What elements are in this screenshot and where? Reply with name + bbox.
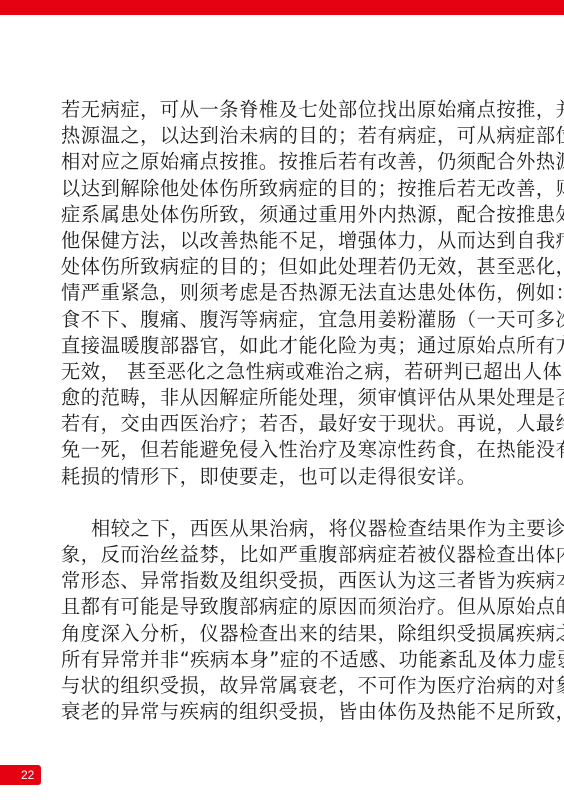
text-line: 相较之下，西医从果治病，将仪器检查结果作为主要诊疗对 bbox=[61, 516, 511, 542]
text-line: 与状的组织受损，故异常属衰老，不可作为医疗治病的对象；又 bbox=[61, 673, 511, 699]
text-line: 象，反而治丝益棼，比如严重腹部病症若被仪器检查出体内有异 bbox=[61, 542, 511, 568]
top-red-bar bbox=[0, 0, 564, 15]
text-line: 无效， 甚至恶化之急性病或难治之病，若研判已超出人体自我疗 bbox=[61, 359, 511, 385]
text-line: 角度深入分析，仪器检查出来的结果，除组织受损属疾病之外， bbox=[61, 621, 511, 647]
text-line: 情严重紧急，则须考虑是否热源无法直达患处体伤，例如：高烧、 bbox=[61, 280, 511, 306]
text-line: 若有，交由西医治疗；若否，最好安于现状。再说，人最终都不 bbox=[61, 411, 511, 437]
text-line: 食不下、腹痛、腹泻等病症，宜急用姜粉灌肠（一天可多次）， bbox=[61, 307, 511, 333]
text-line: 愈的范畴，非从因解症所能处理，须审慎评估从果处理是否有效。 bbox=[61, 385, 511, 411]
paragraph-2: 相较之下，西医从果治病，将仪器检查结果作为主要诊疗对 象，反而治丝益棼，比如严重… bbox=[61, 516, 511, 726]
page-number: 22 bbox=[21, 765, 34, 785]
text-line: 他保健方法，以改善热能不足，增强体力，从而达到自我疗愈患 bbox=[61, 228, 511, 254]
page-body: 若无病症，可从一条脊椎及七处部位找出原始痛点按推，并用外 热源温之，以达到治未病… bbox=[61, 97, 511, 725]
text-line: 所有异常并非“疾病本身”症的不适感、功能紊乱及体力虚弱， bbox=[61, 647, 511, 673]
text-line: 症系属患处体伤所致，须通过重用外内热源，配合按推患处及其 bbox=[61, 202, 511, 228]
text-line: 若无病症，可从一条脊椎及七处部位找出原始痛点按推，并用外 bbox=[61, 97, 511, 123]
text-line: 且都有可能是导致腹部病症的原因而须治疗。但从原始点的诊断 bbox=[61, 594, 511, 620]
paragraph-spacer bbox=[61, 490, 511, 516]
paragraph-1: 若无病症，可从一条脊椎及七处部位找出原始痛点按推，并用外 热源温之，以达到治未病… bbox=[61, 97, 511, 490]
text-line: 处体伤所致病症的目的；但如此处理若仍无效，甚至恶化，且病 bbox=[61, 254, 511, 280]
text-line: 常形态、异常指数及组织受损，西医认为这三者皆为疾病本身， bbox=[61, 568, 511, 594]
text-line: 耗损的情形下，即使要走，也可以走得很安详。 bbox=[61, 464, 511, 490]
text-line: 相对应之原始痛点按推。按推后若有改善，仍须配合外热源温之， bbox=[61, 149, 511, 175]
text-line: 热源温之，以达到治未病的目的；若有病症，可从病症部位找出 bbox=[61, 123, 511, 149]
text-line: 衰老的异常与疾病的组织受损，皆由体伤及热能不足所致，所以 bbox=[61, 699, 511, 725]
page-number-tab: 22 bbox=[0, 765, 41, 785]
text-line: 直接温暖腹部器官，如此才能化险为夷；通过原始点所有方法仍 bbox=[61, 333, 511, 359]
text-line: 免一死，但若能避免侵入性治疗及寒凉性药食，在热能没有额外 bbox=[61, 437, 511, 463]
text-line: 以达到解除他处体伤所致病症的目的；按推后若无改善，则此病 bbox=[61, 176, 511, 202]
